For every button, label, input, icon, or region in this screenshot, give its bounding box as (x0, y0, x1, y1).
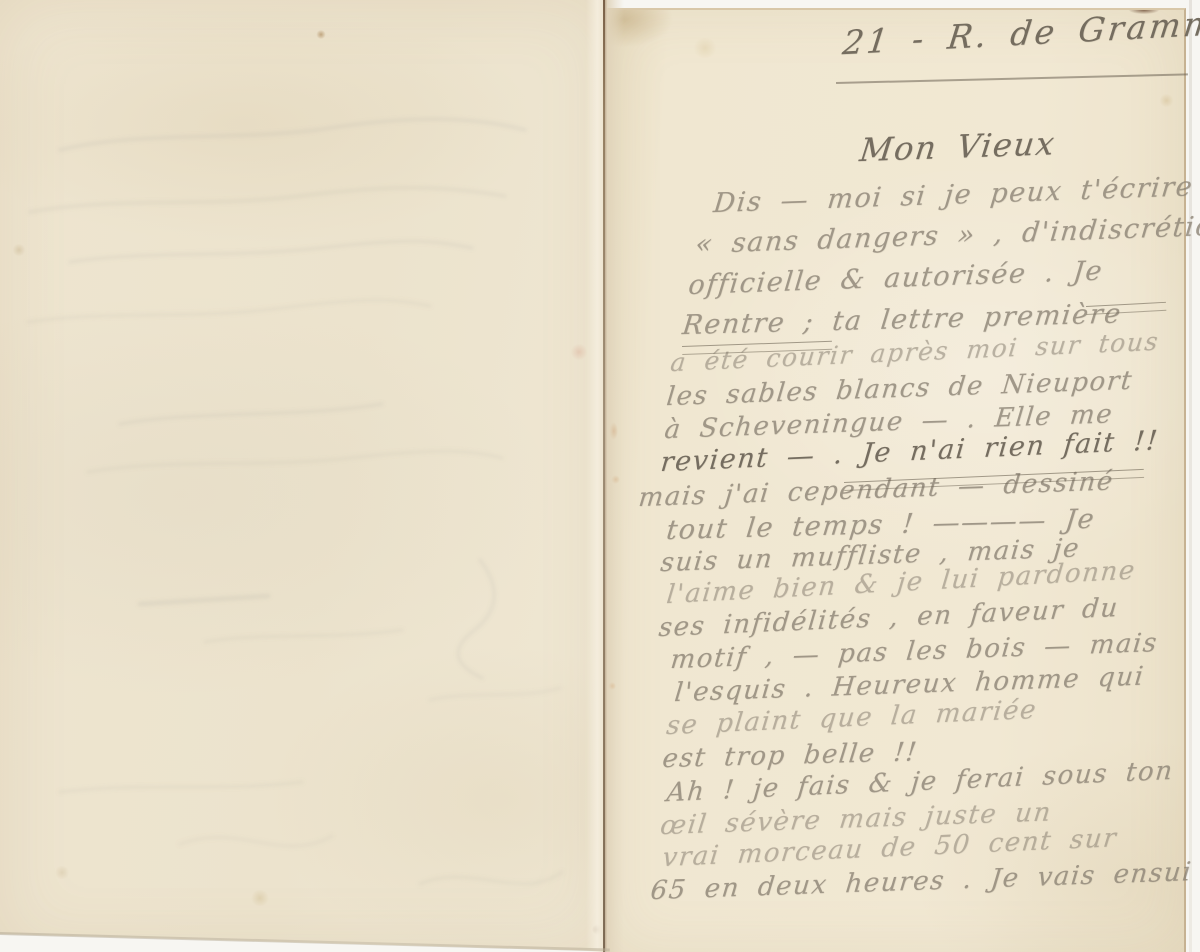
ink-bleed-through (0, 0, 607, 952)
letter-page-left-blank (0, 0, 607, 952)
foxing-spot (692, 38, 718, 58)
scanned-letter-photo: 21 - R. de Grammont Mon Vieux Dis — moi … (0, 0, 1200, 952)
salutation: Mon Vieux (858, 127, 1057, 166)
foxing-spot (1159, 94, 1174, 107)
foxing-spot (611, 475, 620, 484)
foxing-spot (608, 682, 616, 690)
scan-background-shadow (1189, 0, 1192, 952)
foxing-spot (609, 422, 618, 440)
handwritten-line: est trop belle !! (661, 739, 919, 772)
